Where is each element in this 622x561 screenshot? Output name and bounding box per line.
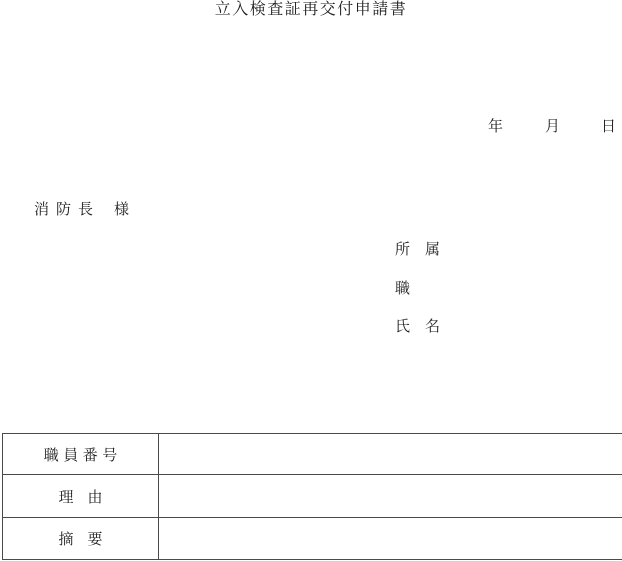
- date-month-label: 月: [545, 119, 560, 136]
- addressee-title: 消防長: [34, 202, 100, 218]
- affiliation-label: 所属: [395, 242, 455, 259]
- addressee-line: 消防長様: [34, 202, 129, 219]
- document-title: 立入検査証再交付申請書: [0, 0, 622, 19]
- reason-label-cell: 理由: [3, 475, 159, 518]
- position-label: 職: [395, 281, 410, 298]
- date-day-label: 日: [601, 119, 616, 136]
- remarks-label: 摘要: [44, 532, 116, 548]
- table-row-employee-number: 職員番号: [3, 434, 622, 475]
- reason-label: 理由: [44, 490, 116, 506]
- table-row-reason: 理由: [3, 475, 622, 518]
- addressee-honorific: 様: [114, 202, 129, 218]
- employee-number-label: 職員番号: [39, 448, 122, 464]
- date-year-label: 年: [488, 119, 503, 136]
- table-row-remarks: 摘要: [3, 518, 622, 560]
- employee-number-value-cell: [159, 434, 622, 475]
- name-label: 氏名: [395, 319, 455, 336]
- remarks-value-cell: [159, 518, 622, 560]
- reason-value-cell: [159, 475, 622, 518]
- remarks-label-cell: 摘要: [3, 518, 159, 560]
- employee-number-label-cell: 職員番号: [3, 434, 159, 475]
- application-table: 職員番号 理由 摘要: [2, 433, 622, 560]
